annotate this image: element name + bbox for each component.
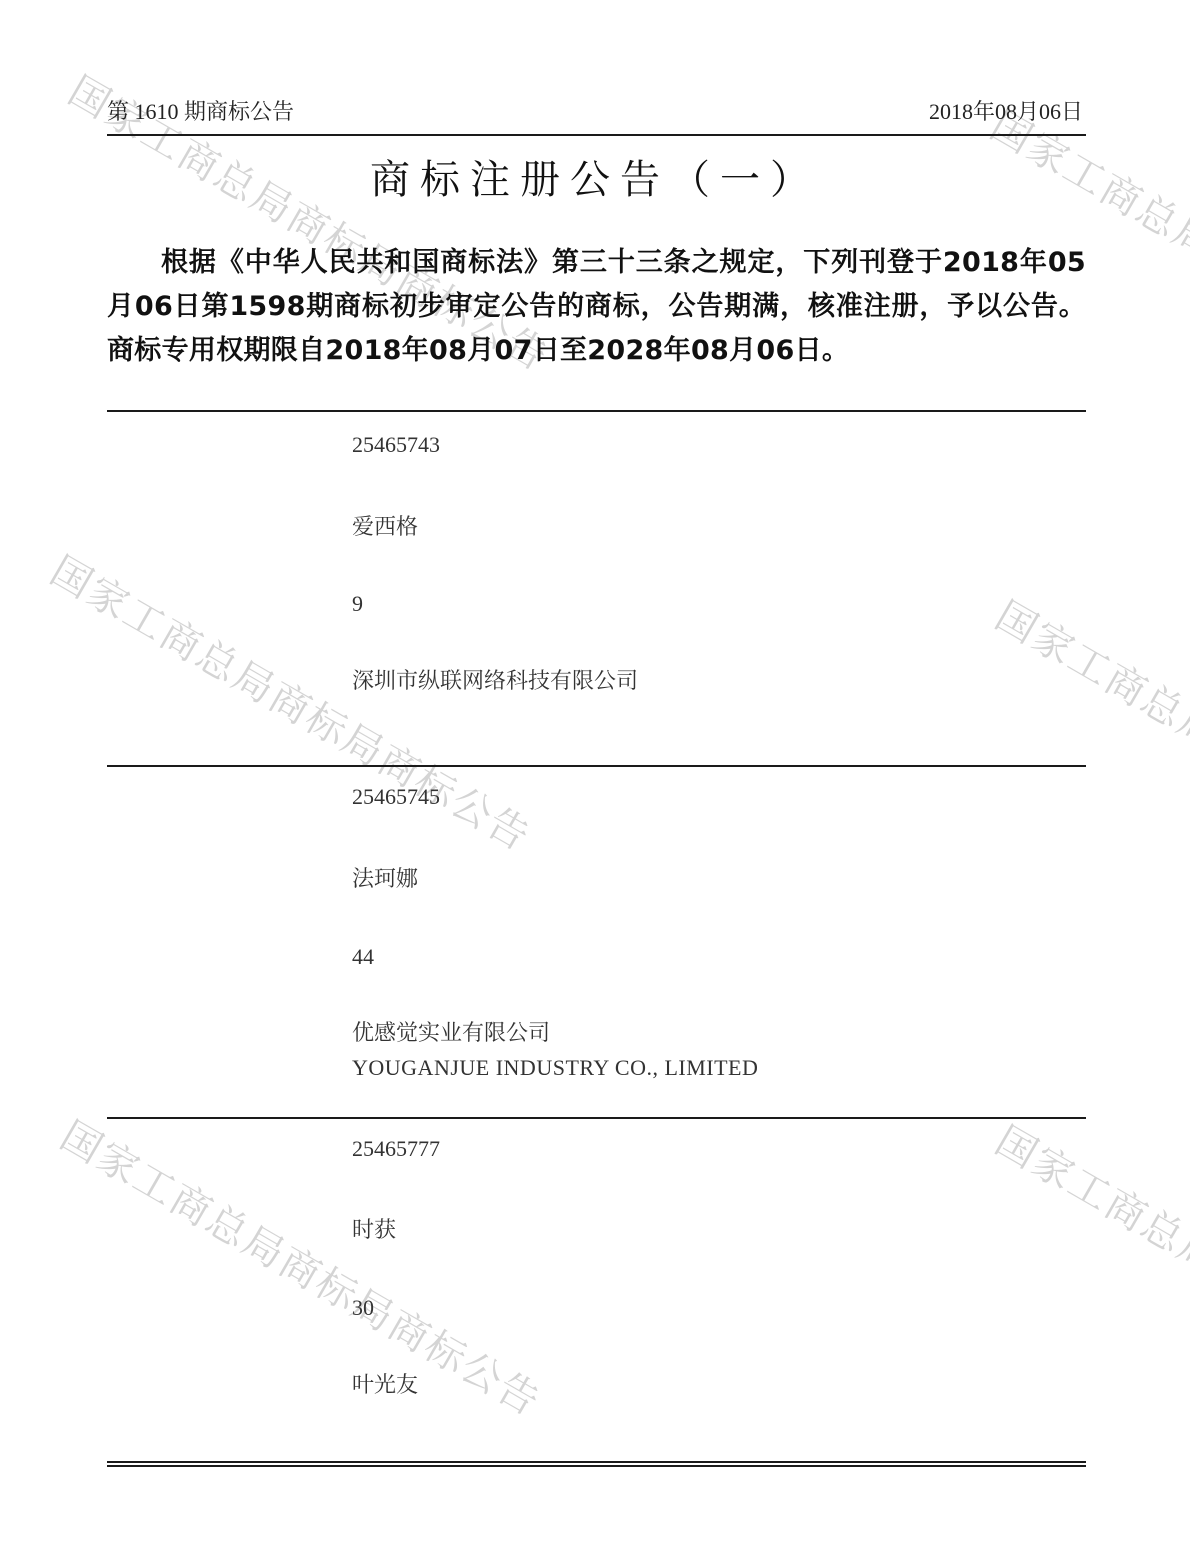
reg-no-value: 25465745 [352, 784, 440, 810]
header-rule [107, 134, 1086, 136]
watermark-text: 国家工商总局商标局商标公告 [987, 585, 1190, 907]
watermark-layer: 国家工商总局商标局商标公告 国家工商总局商标局商标公告 国家工商总局商标局商标公… [0, 0, 1190, 1564]
reg-no-value: 25465743 [352, 432, 440, 458]
mark-value: 时获 [352, 1213, 396, 1244]
intro-paragraph: 根据《中华人民共和国商标法》第三十三条之规定，下列刊登于2018年05月06日第… [107, 241, 1086, 373]
mark-value: 爱西格 [352, 510, 418, 541]
section-divider [107, 1117, 1086, 1119]
mark-value: 法珂娜 [352, 862, 418, 893]
section-divider [107, 410, 1086, 412]
registrant-value: 深圳市纵联网络科技有限公司 [352, 664, 638, 695]
watermark-text: 国家工商总局商标局商标公告 [42, 540, 543, 862]
issue-date: 2018年08月06日 [929, 95, 1083, 126]
class-value: 44 [352, 944, 374, 970]
registrant-en-value: YOUGANJUE INDUSTRY CO., LIMITED [352, 1055, 758, 1081]
section-divider [107, 765, 1086, 767]
watermark-text: 国家工商总局商标局商标公告 [987, 1110, 1190, 1432]
page-end-rule [107, 1461, 1086, 1467]
watermark-text: 国家工商总局商标局商标公告 [52, 1105, 553, 1427]
class-value: 9 [352, 591, 363, 617]
class-value: 30 [352, 1295, 374, 1321]
registrant-value: 叶光友 [352, 1368, 418, 1399]
registrant-value: 优感觉实业有限公司 [352, 1016, 550, 1047]
issue-number: 第 1610 期商标公告 [107, 95, 294, 126]
reg-no-value: 25465777 [352, 1136, 440, 1162]
page-title: 商标注册公告（一） [0, 148, 1190, 205]
